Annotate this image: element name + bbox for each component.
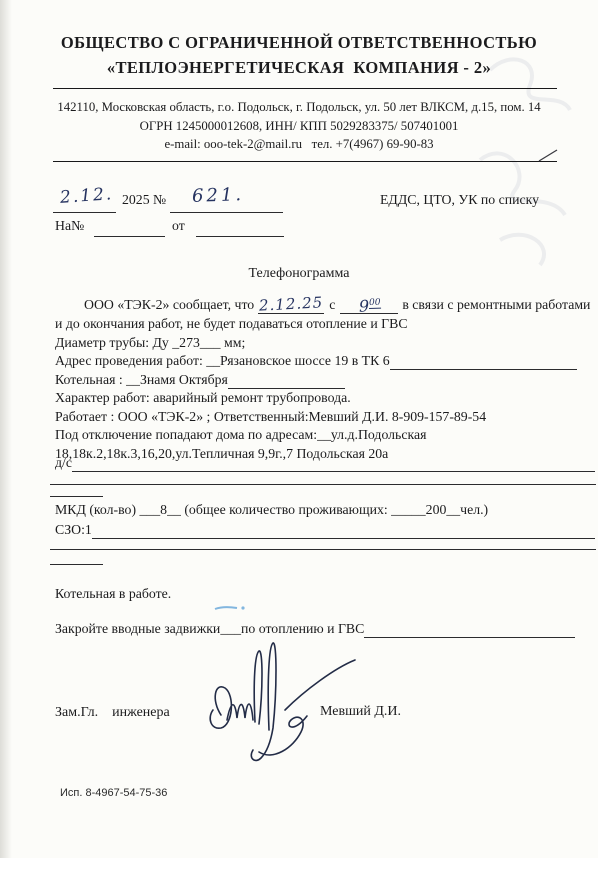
org-name-line1: ОБЩЕСТВО С ОГРАНИЧЕННОЙ ОТВЕТСТВЕННОСТЬЮ xyxy=(0,33,598,53)
blank-underline xyxy=(92,522,595,539)
responsible-line: Работает : ООО «ТЭК-2» ; Ответственный:М… xyxy=(55,408,486,426)
handwritten-doc-number: 621. xyxy=(192,184,245,207)
signer-position: Зам.Гл. инженера xyxy=(55,704,170,722)
handwritten-outage-date: 2.12.25 xyxy=(259,293,324,314)
date-underline xyxy=(53,212,116,213)
letterhead-divider-bottom xyxy=(53,161,557,162)
handwritten-date: 2.12. xyxy=(59,184,114,208)
reply-number-underline xyxy=(94,236,165,237)
szo-line: СЗО:1 xyxy=(55,521,595,539)
date-blank: 2.12.25 xyxy=(258,296,324,314)
with-word: с xyxy=(324,296,340,314)
blank-underline xyxy=(364,621,575,638)
blank-line-short xyxy=(50,496,103,497)
kindergarten-label: д/с xyxy=(55,454,72,472)
blank-line xyxy=(50,549,596,550)
body-line-1: ООО «ТЭК-2» сообщает, что 2.12.25 с 900 … xyxy=(84,296,590,314)
reply-from-label: от xyxy=(172,218,185,234)
scanned-letter-page: ОБЩЕСТВО С ОГРАНИЧЕННОЙ ОТВЕТСТВЕННОСТЬЮ… xyxy=(0,0,598,872)
scan-edge-bottom xyxy=(0,858,598,872)
pen-tick-mark xyxy=(537,147,561,163)
work-address-line: Адрес проведения работ: __Рязановское шо… xyxy=(55,352,577,370)
blank-line xyxy=(50,484,596,485)
szo-label: СЗО:1 xyxy=(55,521,92,539)
blank-underline xyxy=(72,455,595,472)
work-type-line: Характер работ: аварийный ремонт трубопр… xyxy=(55,389,351,407)
notify-text-post: в связи с ремонтными работами xyxy=(402,296,590,314)
mkd-count-line: МКД (кол-во) ___8__ (общее количество пр… xyxy=(55,501,488,519)
handwritten-outage-time: 900 xyxy=(358,294,380,316)
notify-text-pre: ООО «ТЭК-2» сообщает, что xyxy=(84,296,254,314)
org-ogrn-inn: ОГРН 1245000012608, ИНН/ КПП 5029283375/… xyxy=(0,119,598,134)
blank-underline xyxy=(228,372,345,389)
time-blank: 900 xyxy=(340,296,398,314)
signer-name: Мевший Д.И. xyxy=(320,704,401,720)
body-line-2: и до окончания работ, не будет подаватьс… xyxy=(55,315,408,333)
executor-phone: Исп. 8-4967-54-75-36 xyxy=(60,787,167,799)
pipe-diameter-line: Диаметр трубы: Ду _273___ мм; xyxy=(55,334,245,352)
close-valves-text: Закройте вводные задвижки___по отоплению… xyxy=(55,620,364,638)
work-address-text: Адрес проведения работ: __Рязановское шо… xyxy=(55,352,390,370)
document-title: Телефонограмма xyxy=(0,266,598,282)
org-address: 142110, Московская область, г.о. Подольс… xyxy=(0,100,598,115)
blank-underline xyxy=(390,353,577,370)
boiler-house-text: Котельная : __Знамя Октября xyxy=(55,371,228,389)
reply-to-number-label: На№ xyxy=(55,218,84,234)
recipients-line: ЕДДС, ЦТО, УК по списку xyxy=(380,192,539,208)
year-number-label: 2025 № xyxy=(122,192,166,208)
affected-addresses-line1: Под отключение попадают дома по адресам:… xyxy=(55,426,426,444)
boiler-status-line: Котельная в работе. xyxy=(55,585,171,603)
org-name-line2: «ТЕПЛОЭНЕРГЕТИЧЕСКАЯ КОМПАНИЯ - 2» xyxy=(0,58,598,78)
letterhead-divider-top xyxy=(53,88,557,89)
kindergarten-line: д/с xyxy=(55,454,595,472)
org-email-phone: e-mail: ooo-tek-2@mail.ru тел. +7(4967) … xyxy=(0,137,598,152)
blank-line-short xyxy=(50,564,103,565)
reply-date-underline xyxy=(196,236,284,237)
close-valves-line: Закройте вводные задвижки___по отоплению… xyxy=(55,620,575,638)
boiler-house-line: Котельная : __Знамя Октября xyxy=(55,371,345,389)
number-underline xyxy=(170,212,283,213)
blue-pen-mark xyxy=(213,602,247,614)
